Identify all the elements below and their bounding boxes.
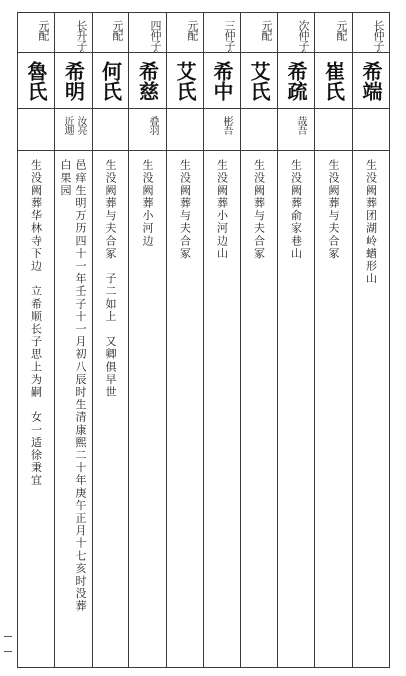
biography-cell: 生没阙葬俞家巷山 [278, 151, 315, 668]
role-cell: 元配 [167, 13, 204, 53]
person-name: 何氏 [100, 61, 122, 101]
biography-text: 生没阙葬与夫合冢 [327, 159, 340, 260]
role-cell: 次仲子公 [278, 13, 315, 53]
role-label: 长升子公 [75, 20, 87, 53]
courtesy-name: 彬吾 [221, 116, 232, 134]
courtesy-name: 汝亮 [75, 116, 86, 134]
role-cell: 元配 [18, 13, 55, 53]
biography-text: 白果园 [59, 159, 72, 197]
person-name: 魯氏 [25, 61, 47, 101]
biography-cell: 邑痒生明万历四十一年壬子十一月初八辰时生清康熙二十年庚午正月十七亥时没葬 白果园 [55, 151, 93, 668]
person-name: 希明 [63, 61, 85, 101]
margin-mark [4, 636, 12, 637]
person-name: 希中 [211, 61, 233, 101]
biography-text: 生没阙葬小河边山 [216, 159, 229, 260]
role-label: 元配 [186, 20, 198, 40]
person-name: 希慈 [137, 61, 159, 101]
role-label: 次仲子公 [297, 20, 309, 53]
biography-cell: 生没阙葬与夫合冢 [241, 151, 278, 668]
role-cell: 长仲子公 [353, 13, 390, 53]
role-cell: 三仲子公 [204, 13, 241, 53]
role-label: 长仲子公 [372, 20, 384, 53]
person-name: 崔氏 [323, 61, 345, 101]
person-name: 艾氏 [248, 61, 270, 101]
courtesy-cell [167, 109, 204, 151]
courtesy-name: 近迦 [62, 116, 73, 134]
courtesy-cell [93, 109, 129, 151]
role-cell: 元配 [315, 13, 353, 53]
name-cell: 希端 [353, 53, 390, 109]
role-label: 四仲子公 [149, 20, 161, 53]
biography-text: 生没阙葬与夫合冢 子二如上 又卿俱早世 [104, 159, 117, 398]
biography-text: 生没阙葬小河边 [141, 159, 154, 247]
role-row: 元配 长升子公 元配 四仲子公 元配 三仲子公 元配 次仲子公 元配 长仲子公 [18, 13, 390, 53]
courtesy-cell [18, 109, 55, 151]
name-cell: 希中 [204, 53, 241, 109]
name-cell: 希慈 [129, 53, 167, 109]
name-row: 魯氏 希明 何氏 希慈 艾氏 希中 艾氏 希疏 崔氏 希端 [18, 53, 390, 109]
genealogy-page: 元配 长升子公 元配 四仲子公 元配 三仲子公 元配 次仲子公 元配 长仲子公 … [0, 0, 406, 676]
biography-text: 生没阙葬俞家巷山 [290, 159, 303, 260]
courtesy-cell [315, 109, 353, 151]
person-name: 希疏 [285, 61, 307, 101]
role-label: 元配 [260, 20, 272, 40]
courtesy-cell [353, 109, 390, 151]
biography-cell: 生没阙葬与夫合冢 [167, 151, 204, 668]
biography-text: 生没阙葬与夫合冢 [179, 159, 192, 260]
biography-cell: 生没阙葬团湖岭蝤形山 [353, 151, 390, 668]
name-cell: 希疏 [278, 53, 315, 109]
role-label: 元配 [111, 20, 123, 40]
biography-text: 生没阙葬华林寺下边 立希顺长子思上为嗣 女一适徐秉宜 [30, 159, 43, 487]
biography-cell: 生没阙葬与夫合冢 [315, 151, 353, 668]
biography-cell: 生没阙葬小河边 [129, 151, 167, 668]
person-name: 希端 [360, 61, 382, 101]
name-cell: 艾氏 [167, 53, 204, 109]
courtesy-name: 哉吾 [295, 116, 306, 134]
courtesy-cell: 彬吾 [204, 109, 241, 151]
name-cell: 崔氏 [315, 53, 353, 109]
biography-row: 生没阙葬华林寺下边 立希顺长子思上为嗣 女一适徐秉宜 邑痒生明万历四十一年壬子十… [18, 151, 390, 668]
biography-text: 生没阙葬团湖岭蝤形山 [365, 159, 378, 285]
courtesy-name: 叠羽 [147, 116, 158, 134]
courtesy-cell [241, 109, 278, 151]
margin-mark [4, 651, 12, 652]
name-cell: 何氏 [93, 53, 129, 109]
role-cell: 长升子公 [55, 13, 93, 53]
person-name: 艾氏 [174, 61, 196, 101]
biography-cell: 生没阙葬与夫合冢 子二如上 又卿俱早世 [93, 151, 129, 668]
role-cell: 元配 [241, 13, 278, 53]
name-cell: 希明 [55, 53, 93, 109]
role-label: 三仲子公 [223, 20, 235, 53]
courtesy-row: 汝亮 近迦 叠羽 彬吾 哉吾 [18, 109, 390, 151]
name-cell: 魯氏 [18, 53, 55, 109]
role-cell: 元配 [93, 13, 129, 53]
name-cell: 艾氏 [241, 53, 278, 109]
genealogy-table: 元配 长升子公 元配 四仲子公 元配 三仲子公 元配 次仲子公 元配 长仲子公 … [17, 12, 390, 668]
courtesy-cell: 汝亮 近迦 [55, 109, 93, 151]
courtesy-cell: 哉吾 [278, 109, 315, 151]
biography-text: 邑痒生明万历四十一年壬子十一月初八辰时生清康熙二十年庚午正月十七亥时没葬 [74, 159, 87, 613]
role-label: 元配 [37, 20, 49, 40]
role-cell: 四仲子公 [129, 13, 167, 53]
biography-cell: 生没阙葬华林寺下边 立希顺长子思上为嗣 女一适徐秉宜 [18, 151, 55, 668]
courtesy-cell: 叠羽 [129, 109, 167, 151]
biography-text: 生没阙葬与夫合冢 [253, 159, 266, 260]
biography-cell: 生没阙葬小河边山 [204, 151, 241, 668]
role-label: 元配 [335, 20, 347, 40]
